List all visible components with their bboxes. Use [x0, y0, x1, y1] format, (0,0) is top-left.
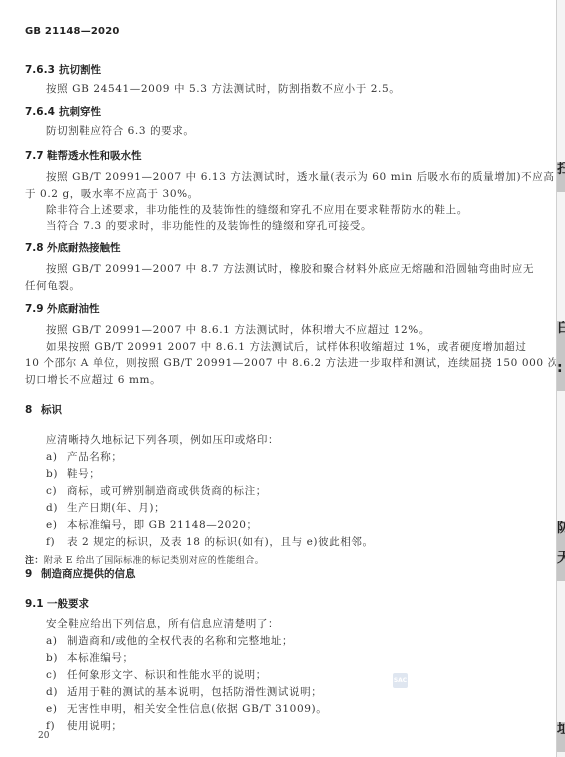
list-item: e)本标准编号，即 GB 21148—2020；	[46, 519, 258, 532]
paragraph: 除非符合上述要求，非功能性的及装饰性的缝缀和穿孔不应用在要求鞋帮防水的鞋上。	[46, 204, 468, 217]
list-item-text: 任何象形文字、标识和性能水平的说明；	[67, 669, 267, 681]
list-item: c)商标，或可辨别制造商或供货商的标注；	[46, 485, 267, 498]
list-item-label: d)	[46, 686, 67, 699]
section-title: 一般要求	[47, 598, 89, 610]
section-number: 7.7	[25, 150, 47, 163]
paragraph: 如果按照 GB/T 20991 2007 中 8.6.1 方法测试后，试样体积收…	[46, 341, 527, 354]
paragraph: 按照 GB/T 20991—2007 中 6.13 方法测试时，透水量(表示为 …	[46, 171, 554, 184]
list-item-text: 无害性申明，相关安全性信息(依据 GB/T 31009)。	[67, 703, 327, 715]
section-heading-8: 8标识	[25, 404, 62, 417]
document-id-header: GB 21148—2020	[25, 25, 120, 38]
section-title: 抗刺穿性	[59, 106, 101, 118]
section-number: 9	[25, 568, 41, 581]
list-item-label: e)	[46, 703, 67, 716]
list-item-text: 生产日期(年、月)；	[67, 502, 165, 514]
section-title: 外底耐热接触性	[47, 242, 121, 254]
list-item-text: 鞋号；	[67, 468, 100, 480]
page-number: 20	[38, 730, 49, 743]
section-number: 7.9	[25, 303, 47, 316]
section-heading-7-8: 7.8外底耐热接触性	[25, 242, 121, 255]
section-title: 鞋帮透水性和吸水性	[47, 150, 142, 162]
list-item: b)本标准编号；	[46, 652, 134, 665]
section-heading-7-9: 7.9外底耐油性	[25, 303, 100, 316]
list-item-label: a)	[46, 451, 67, 464]
list-item-text: 制造商和/或他的全权代表的名称和完整地址；	[67, 635, 293, 647]
note: 注：附录 E 给出了国际标准的标记类别对应的性能组合。	[25, 555, 264, 568]
section-title: 外底耐油性	[47, 303, 100, 315]
list-item-text: 表 2 规定的标识，及表 18 的标识(如有)，且与 e)彼此相邻。	[67, 536, 374, 548]
list-item-label: c)	[46, 669, 67, 682]
list-item-text: 产品名称；	[67, 451, 123, 463]
list-item-text: 适用于鞋的测试的基本说明，包括防滑性测试说明；	[67, 686, 322, 698]
list-item: a)产品名称；	[46, 451, 123, 464]
list-item: f)表 2 规定的标识，及表 18 的标识(如有)，且与 e)彼此相邻。	[46, 536, 374, 549]
note-label: 注：	[25, 556, 44, 566]
paragraph: 10 个邵尔 A 单位，则按照 GB/T 20991—2007 中 8.6.2 …	[25, 357, 565, 370]
next-page-fragment: :	[557, 361, 565, 391]
section-number: 8	[25, 404, 41, 417]
section-heading-7-7: 7.7鞋帮透水性和吸水性	[25, 150, 142, 163]
section-title: 抗切割性	[59, 64, 101, 76]
section-title: 标识	[41, 404, 62, 416]
sac-watermark-logo: SAC	[393, 673, 408, 688]
paragraph: 按照 GB 24541—2009 中 5.3 方法测试时，防割指数不应小于 2.…	[46, 83, 400, 96]
paragraph: 安全鞋应给出下列信息，所有信息应清楚明了：	[46, 618, 279, 631]
section-heading-7-6-4: 7.6.4抗刺穿性	[25, 106, 101, 119]
list-item: f)使用说明；	[46, 720, 123, 733]
document-page: GB 21148—2020 7.6.3抗切割性 按照 GB 24541—2009…	[0, 0, 556, 757]
list-item-label: b)	[46, 652, 67, 665]
section-number: 9.1	[25, 598, 47, 611]
section-number: 7.6.3	[25, 64, 59, 77]
list-item-label: b)	[46, 468, 67, 481]
list-item-label: a)	[46, 635, 67, 648]
list-item: e)无害性申明，相关安全性信息(依据 GB/T 31009)。	[46, 703, 327, 716]
list-item-label: d)	[46, 502, 67, 515]
list-item: a)制造商和/或他的全权代表的名称和完整地址；	[46, 635, 293, 648]
section-heading-9: 9制造商应提供的信息	[25, 568, 136, 581]
section-heading-9-1: 9.1一般要求	[25, 598, 89, 611]
list-item-text: 使用说明；	[67, 720, 123, 732]
section-number: 7.6.4	[25, 106, 59, 119]
list-item-text: 商标，或可辨别制造商或供货商的标注；	[67, 485, 267, 497]
list-item: b)鞋号；	[46, 468, 100, 481]
note-text: 附录 E 给出了国际标准的标记类别对应的性能组合。	[44, 556, 264, 566]
paragraph: 防切割鞋应符合 6.3 的要求。	[46, 125, 194, 138]
list-item: c)任何象形文字、标识和性能水平的说明；	[46, 669, 267, 682]
next-page-fragment: 址	[557, 722, 565, 752]
paragraph: 应清晰持久地标记下列各项，例如压印或烙印：	[46, 434, 279, 447]
paragraph: 按照 GB/T 20991—2007 中 8.7 方法测试时，橡胶和聚合材料外底…	[46, 263, 534, 276]
list-item-label: f)	[46, 536, 67, 549]
list-item-text: 本标准编号；	[67, 652, 134, 664]
paragraph: 当符合 7.3 的要求时，非功能性的及装饰性的缝缀和穿孔可接受。	[46, 220, 372, 233]
next-page-fragment: 白	[557, 321, 565, 361]
paragraph: 按照 GB/T 20991—2007 中 8.6.1 方法测试时，体积增大不应超…	[46, 324, 430, 337]
list-item-label: e)	[46, 519, 67, 532]
next-page-fragment: 防	[557, 521, 565, 551]
next-page-fragment: 天	[557, 551, 565, 581]
next-page-fragment: 扫	[557, 162, 565, 192]
list-item-text: 本标准编号，即 GB 21148—2020；	[67, 519, 258, 531]
paragraph: 任何龟裂。	[25, 280, 81, 293]
paragraph: 切口增长不应超过 6 mm。	[25, 374, 161, 387]
section-heading-7-6-3: 7.6.3抗切割性	[25, 64, 101, 77]
list-item: d)生产日期(年、月)；	[46, 502, 165, 515]
section-number: 7.8	[25, 242, 47, 255]
list-item: d)适用于鞋的测试的基本说明，包括防滑性测试说明；	[46, 686, 322, 699]
section-title: 制造商应提供的信息	[41, 568, 136, 580]
paragraph: 于 0.2 g，吸水率不应高于 30%。	[25, 188, 199, 201]
list-item-label: c)	[46, 485, 67, 498]
